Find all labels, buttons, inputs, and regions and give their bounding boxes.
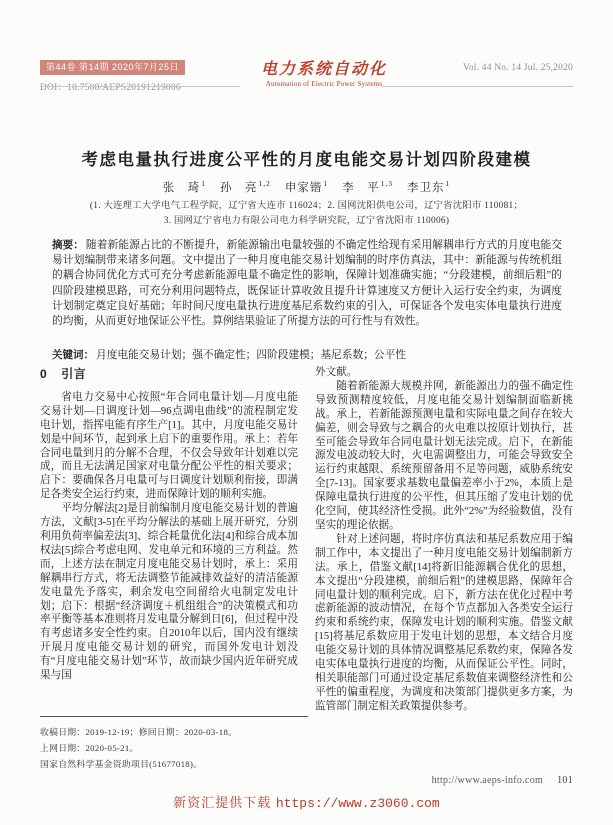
- issue-badge: 第44卷 第14期 2020年7月25日: [40, 60, 185, 75]
- journal-header: 第44卷 第14期 2020年7月25日 DOI：10.7500/AEPS201…: [40, 60, 573, 93]
- journal-logo-block: 电力系统自动化 Automation of Electric Power Sys…: [261, 61, 387, 88]
- author-affil-sup: 1,2: [259, 179, 271, 188]
- keywords-block: 关键词：月度电能交易计划；强不确定性；四阶段建模；基尼系数；公平性: [52, 348, 562, 363]
- paragraph: 随着新能源大规模并网，新能源出力的强不确定性导致预测精度较低，月度电能交易计划编…: [315, 380, 573, 533]
- header-left: 第44卷 第14期 2020年7月25日 DOI：10.7500/AEPS201…: [40, 60, 185, 93]
- header-right: Vol. 44 No. 14 Jul. 25,2020: [463, 63, 573, 73]
- page-footer: http://www.aeps-info.com101: [432, 775, 573, 786]
- affiliation-line: 3. 国网辽宁省电力有限公司电力科学研究院，辽宁省沈阳市 110006): [0, 214, 613, 229]
- paragraph: 平均分解法[2]是目前编制月度电能交易计划的普遍方法，文献[3-5]在平均分解法…: [40, 502, 298, 683]
- author: 张 琦1: [163, 182, 206, 194]
- body-columns: 0引言 省电力交易中心按照“年合同电量计划—月度电能交易计划—日调度计划—96点…: [40, 366, 573, 748]
- author-name: 申家锴: [285, 182, 323, 194]
- section-number: 0: [40, 367, 47, 381]
- author-name: 李卫东: [407, 182, 445, 194]
- author-affil-sup: 1: [201, 179, 206, 188]
- paragraph-continuation: 外文献。: [315, 366, 573, 380]
- author: 李 平1,3: [342, 182, 393, 194]
- author-affil-sup: 1: [446, 179, 451, 188]
- left-column: 0引言 省电力交易中心按照“年合同电量计划—月度电能交易计划—日调度计划—96点…: [40, 366, 298, 748]
- abstract-label: 摘要：: [52, 239, 84, 251]
- author-name: 张 琦: [163, 182, 201, 194]
- abstract-text: 随着新能源占比的不断提升，新能源输出电量较强的不确定性给现有采用解耦串行方式的月…: [52, 239, 562, 327]
- affiliations: (1. 大连理工大学电气工程学院，辽宁省大连市 116024；2. 国网沈阳供电…: [0, 199, 613, 228]
- author-name: 孙 亮: [220, 182, 258, 194]
- author: 李卫东1: [407, 182, 450, 194]
- right-column: 外文献。 随着新能源大规模并网，新能源出力的强不确定性导致预测精度较低，月度电能…: [315, 366, 573, 748]
- keywords-label: 关键词：: [52, 349, 94, 361]
- author: 申家锴1: [285, 182, 328, 194]
- author-affil-sup: 1,3: [381, 179, 393, 188]
- footnote-line-received: 收稿日期：2019-12-19；修回日期：2020-03-18。: [40, 724, 308, 740]
- affiliation-line: (1. 大连理工大学电气工程学院，辽宁省大连市 116024；2. 国网沈阳供电…: [0, 199, 613, 214]
- journal-url: http://www.aeps-info.com: [432, 775, 544, 786]
- paper-title: 考虑电量执行进度公平性的月度电能交易计划四阶段建模: [0, 146, 613, 170]
- header-rule-left: [40, 86, 240, 87]
- section-heading: 0引言: [40, 368, 298, 382]
- author: 孙 亮1,2: [220, 182, 271, 194]
- footnote-line-online: 上网日期：2020-05-21。: [40, 740, 308, 756]
- author-list: 张 琦1孙 亮1,2申家锴1李 平1,3李卫东1: [0, 179, 613, 195]
- footnote-line-funding: 国家自然科学基金资助项目(51677018)。: [40, 756, 308, 772]
- watermark: 新资汇提供下载 https://www.z3060.com: [0, 792, 613, 811]
- journal-logo: 电力系统自动化: [261, 61, 387, 79]
- paragraph: 省电力交易中心按照“年合同电量计划—月度电能交易计划—日调度计划—96点调电曲线…: [40, 391, 298, 502]
- keywords-text: 月度电能交易计划；强不确定性；四阶段建模；基尼系数；公平性: [96, 349, 406, 361]
- volume-info: Vol. 44 No. 14 Jul. 25,2020: [463, 63, 573, 73]
- paper-page: 第44卷 第14期 2020年7月25日 DOI：10.7500/AEPS201…: [0, 0, 613, 825]
- paragraph: 针对上述问题，将时序仿真法和基尼系数应用于编制工作中，本文提出了一种月度电能交易…: [315, 533, 573, 714]
- footnote-block: 收稿日期：2019-12-19；修回日期：2020-03-18。 上网日期：20…: [40, 716, 308, 772]
- author-name: 李 平: [342, 182, 380, 194]
- page-number: 101: [557, 775, 573, 786]
- author-affil-sup: 1: [323, 179, 328, 188]
- watermark-url: https://www.z3060.com: [276, 796, 440, 811]
- header-rule-right: [382, 86, 573, 87]
- section-title: 引言: [61, 367, 86, 381]
- abstract-block: 摘要：随着新能源占比的不断提升，新能源输出电量较强的不确定性给现有采用解耦串行方…: [52, 238, 562, 329]
- watermark-label: 新资汇提供下载: [173, 795, 271, 810]
- journal-name-en: Automation of Electric Power Systems: [266, 80, 382, 88]
